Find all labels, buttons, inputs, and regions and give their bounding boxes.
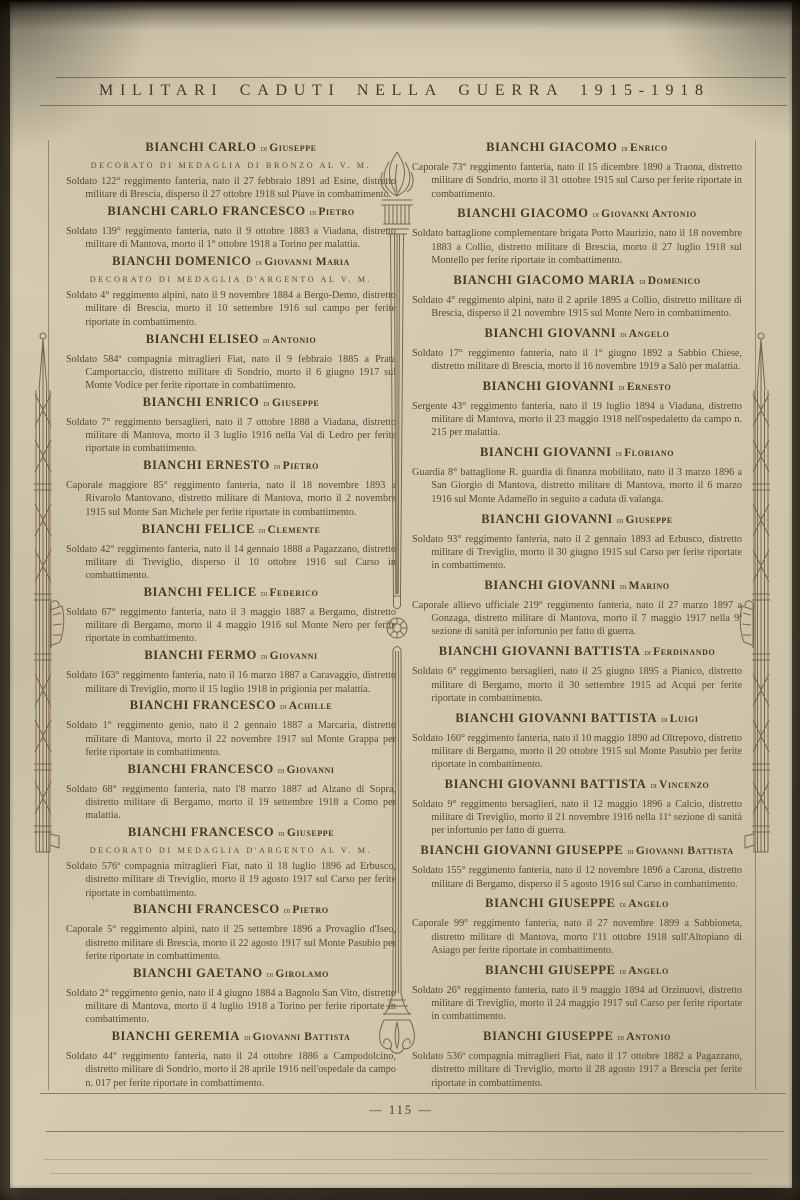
entry-header: BIANCHI GIOVANNI di Giuseppe (412, 510, 742, 528)
di-label: di (645, 647, 654, 657)
paper-sheet: MILITARI CADUTI NELLA GUERRA 1915-1918 B… (10, 2, 792, 1188)
soldier-entry: BIANCHI GIOVANNI di Giuseppe Soldato 93°… (412, 510, 742, 573)
entry-header: BIANCHI FRANCESCO di Giuseppe (66, 823, 396, 841)
footer-rule-top (40, 1093, 786, 1094)
column-right: BIANCHI GIACOMO di Enrico Caporale 73° r… (412, 138, 742, 1090)
soldier-name: BIANCHI GIOVANNI (480, 445, 612, 459)
entry-text: Soldato 576ª compagnia mitraglieri Fiat,… (66, 860, 396, 900)
column-left: BIANCHI CARLO di Giuseppe DECORATO DI ME… (66, 138, 396, 1090)
page-stack-edge (50, 1173, 752, 1174)
soldier-entry: BIANCHI FRANCESCO di Giovanni Soldato 68… (66, 760, 396, 823)
entry-header: BIANCHI FERMO di Giovanni (66, 646, 396, 664)
father-name: Giuseppe (625, 514, 672, 526)
soldier-entry: BIANCHI GIOVANNI di Marino Caporale alli… (412, 576, 742, 639)
entry-text: Soldato 4° reggimento alpini, nato il 9 … (66, 289, 396, 329)
entry-text: Guardia 8° battaglione R. guardia di fin… (412, 466, 742, 506)
di-label: di (274, 461, 283, 471)
entry-text: Soldato 42° reggimento fanteria, nato il… (66, 543, 396, 583)
entry-header: BIANCHI GIOVANNI BATTISTA di Vincenzo (412, 775, 742, 793)
entry-text: Soldato battaglione complementare brigat… (412, 227, 742, 267)
fasces-icon (20, 328, 66, 864)
father-name: Federico (269, 587, 318, 599)
entry-text: Soldato 155° reggimento fanteria, nato i… (412, 864, 742, 891)
father-name: Giovanni Antonio (601, 208, 697, 220)
soldier-entry: BIANCHI ERNESTO di Pietro Caporale maggi… (66, 456, 396, 519)
father-name: Enrico (630, 142, 668, 154)
soldier-name: BIANCHI GIOVANNI GIUSEPPE (420, 843, 623, 857)
father-name: Giuseppe (272, 397, 319, 409)
father-name: Ferdinando (653, 646, 715, 658)
soldier-name: BIANCHI GIUSEPPE (483, 1029, 614, 1043)
entry-header: BIANCHI GIOVANNI di Ernesto (412, 377, 742, 395)
soldier-name: BIANCHI GIUSEPPE (485, 896, 616, 910)
soldier-entry: BIANCHI GIOVANNI BATTISTA di Vincenzo So… (412, 775, 742, 838)
entry-header: BIANCHI GIOVANNI di Floriano (412, 443, 742, 461)
soldier-entry: BIANCHI GIUSEPPE di Angelo Soldato 26° r… (412, 961, 742, 1024)
di-label: di (261, 143, 270, 153)
father-name: Domenico (648, 275, 701, 287)
soldier-name: BIANCHI FRANCESCO (128, 825, 274, 839)
entry-text: Soldato 17° reggimento fanteria, nato il… (412, 347, 742, 374)
soldier-entry: BIANCHI FRANCESCO di Pietro Caporale 5° … (66, 900, 396, 963)
soldier-name: BIANCHI ELISEO (146, 332, 259, 346)
entry-header: BIANCHI FRANCESCO di Giovanni (66, 760, 396, 778)
di-label: di (616, 448, 625, 458)
entry-text: Soldato 536ª compagnia mitraglieri Fiat,… (412, 1050, 742, 1090)
soldier-name: BIANCHI GIOVANNI BATTISTA (439, 644, 641, 658)
soldier-entry: BIANCHI GEREMIA di Giovanni Battista Sol… (66, 1027, 396, 1090)
entry-text: Soldato 139° reggimento fanteria, nato i… (66, 225, 396, 252)
entry-header: BIANCHI DOMENICO di Giovanni Maria (66, 252, 396, 270)
soldier-name: BIANCHI GIOVANNI BATTISTA (455, 711, 657, 725)
father-name: Angelo (628, 965, 669, 977)
soldier-name: BIANCHI FRANCESCO (130, 698, 276, 712)
entry-header: BIANCHI GIOVANNI BATTISTA di Ferdinando (412, 642, 742, 660)
footer-rule-bottom (46, 1131, 784, 1132)
soldier-entry: BIANCHI GIOVANNI BATTISTA di Ferdinando … (412, 642, 742, 705)
entry-header: BIANCHI ENRICO di Giuseppe (66, 393, 396, 411)
soldier-name: BIANCHI GIOVANNI BATTISTA (445, 777, 647, 791)
soldier-name: BIANCHI ENRICO (143, 395, 260, 409)
soldier-name: BIANCHI DOMENICO (112, 254, 252, 268)
soldier-entry: BIANCHI GIOVANNI di Angelo Soldato 17° r… (412, 324, 742, 374)
entry-header: BIANCHI FRANCESCO di Achille (66, 696, 396, 714)
fasces-right-ornament (738, 328, 784, 864)
soldier-name: BIANCHI GIACOMO (486, 140, 617, 154)
decoration-line: DECORATO DI MEDAGLIA DI BRONZO AL V. M. (66, 161, 396, 170)
soldier-name: BIANCHI GIOVANNI (484, 578, 616, 592)
entry-header: BIANCHI GIUSEPPE di Angelo (412, 894, 742, 912)
entry-header: BIANCHI CARLO FRANCESCO di Pietro (66, 202, 396, 220)
soldier-entry: BIANCHI CARLO di Giuseppe DECORATO DI ME… (66, 138, 396, 202)
soldier-name: BIANCHI GEREMIA (112, 1029, 241, 1043)
soldier-name: BIANCHI CARLO FRANCESCO (107, 204, 305, 218)
entry-header: BIANCHI GIACOMO di Giovanni Antonio (412, 204, 742, 222)
entry-header: BIANCHI GEREMIA di Giovanni Battista (66, 1027, 396, 1045)
di-label: di (627, 846, 636, 856)
entry-text: Soldato 44° reggimento fanteria, nato il… (66, 1050, 396, 1090)
soldier-entry: BIANCHI GIACOMO di Enrico Caporale 73° r… (412, 138, 742, 201)
soldier-name: BIANCHI FRANCESCO (133, 902, 279, 916)
entry-text: Soldato 4° reggimento alpini, nato il 2 … (412, 294, 742, 321)
page-title: MILITARI CADUTI NELLA GUERRA 1915-1918 (10, 82, 792, 100)
entry-text: Sergente 43° reggimento fanteria, nato i… (412, 400, 742, 440)
entry-text: Soldato 9° reggimento bersaglieri, nato … (412, 798, 742, 838)
di-label: di (639, 276, 648, 286)
di-label: di (263, 398, 272, 408)
soldier-entry: BIANCHI FELICE di Clemente Soldato 42° r… (66, 520, 396, 583)
entry-text: Soldato 26° reggimento fanteria, nato il… (412, 984, 742, 1024)
soldier-entry: BIANCHI FELICE di Federico Soldato 67° r… (66, 583, 396, 646)
decoration-line: DECORATO DI MEDAGLIA D'ARGENTO AL V. M. (66, 275, 396, 284)
entry-text: Soldato 2° reggimento genio, nato il 4 g… (66, 987, 396, 1027)
entry-header: BIANCHI GIACOMO MARIA di Domenico (412, 271, 742, 289)
soldier-entry: BIANCHI DOMENICO di Giovanni Maria DECOR… (66, 252, 396, 329)
entry-text: Caporale allievo ufficiale 219° reggimen… (412, 599, 742, 639)
di-label: di (244, 1032, 253, 1042)
soldier-entry: BIANCHI GIUSEPPE di Antonio Soldato 536ª… (412, 1027, 742, 1090)
soldier-name: BIANCHI GAETANO (133, 966, 263, 980)
father-name: Clemente (267, 524, 320, 536)
soldier-name: BIANCHI CARLO (145, 140, 256, 154)
entry-header: BIANCHI GIOVANNI di Angelo (412, 324, 742, 342)
entry-header: BIANCHI ELISEO di Antonio (66, 330, 396, 348)
soldier-entry: BIANCHI GIOVANNI di Ernesto Sergente 43°… (412, 377, 742, 440)
father-name: Pietro (318, 206, 354, 218)
left-frame-rule (48, 140, 49, 1090)
entry-header: BIANCHI GIOVANNI GIUSEPPE di Giovanni Ba… (412, 841, 742, 859)
di-label: di (280, 701, 289, 711)
soldier-entry: BIANCHI FRANCESCO di Achille Soldato 1° … (66, 696, 396, 759)
soldier-entry: BIANCHI GIUSEPPE di Angelo Caporale 99° … (412, 894, 742, 957)
photographed-book-page: MILITARI CADUTI NELLA GUERRA 1915-1918 B… (0, 0, 800, 1200)
father-name: Pietro (292, 904, 328, 916)
entry-text: Soldato 93° reggimento fanteria, nato il… (412, 533, 742, 573)
entry-header: BIANCHI GIACOMO di Enrico (412, 138, 742, 156)
soldier-entry: BIANCHI ENRICO di Giuseppe Soldato 7° re… (66, 393, 396, 456)
father-name: Vincenzo (659, 779, 709, 791)
di-label: di (256, 257, 265, 267)
soldier-name: BIANCHI GIOVANNI (483, 379, 615, 393)
entry-text: Caporale 73° reggimento fanteria, nato i… (412, 161, 742, 201)
father-name: Achille (289, 700, 332, 712)
entry-header: BIANCHI FRANCESCO di Pietro (66, 900, 396, 918)
right-frame-rule (755, 140, 756, 1090)
father-name: Pietro (283, 460, 319, 472)
entry-text: Soldato 1° reggimento genio, nato il 2 g… (66, 719, 396, 759)
father-name: Giuseppe (269, 142, 316, 154)
soldier-name: BIANCHI FELICE (142, 522, 255, 536)
header-rule-top (56, 77, 786, 78)
di-label: di (620, 329, 629, 339)
di-label: di (261, 651, 270, 661)
entry-text: Soldato 7° reggimento bersaglieri, nato … (66, 416, 396, 456)
fasces-left-ornament (20, 328, 66, 864)
decoration-line: DECORATO DI MEDAGLIA D'ARGENTO AL V. M. (66, 846, 396, 855)
father-name: Giovanni (270, 650, 318, 662)
fasces-icon (738, 328, 784, 864)
di-label: di (650, 780, 659, 790)
soldier-name: BIANCHI GIACOMO MARIA (453, 273, 635, 287)
father-name: Antonio (626, 1031, 671, 1043)
entry-header: BIANCHI GAETANO di Girolamo (66, 964, 396, 982)
di-label: di (620, 966, 629, 976)
entry-text: Caporale 99° reggimento fanteria, nato i… (412, 917, 742, 957)
father-name: Giovanni (286, 764, 334, 776)
entry-text: Caporale 5° reggimento alpini, nato il 2… (66, 923, 396, 963)
father-name: Ernesto (627, 381, 671, 393)
father-name: Giovanni Battista (253, 1031, 351, 1043)
entry-text: Soldato 67° reggimento fanteria, nato il… (66, 606, 396, 646)
di-label: di (618, 1032, 627, 1042)
di-label: di (661, 714, 670, 724)
father-name: Giovanni Maria (264, 256, 350, 268)
soldier-entry: BIANCHI GAETANO di Girolamo Soldato 2° r… (66, 964, 396, 1027)
entry-header: BIANCHI CARLO di Giuseppe (66, 138, 396, 156)
entry-text: Soldato 160° reggimento fanteria, nato i… (412, 732, 742, 772)
father-name: Luigi (670, 713, 699, 725)
di-label: di (593, 209, 602, 219)
entry-text: Soldato 122° reggimento fanteria, nato i… (66, 175, 396, 202)
father-name: Giovanni Battista (636, 845, 734, 857)
di-label: di (618, 382, 627, 392)
soldier-entry: BIANCHI GIOVANNI BATTISTA di Luigi Solda… (412, 709, 742, 772)
father-name: Giuseppe (287, 827, 334, 839)
entry-text: Soldato 584ª compagnia mitraglieri Fiat,… (66, 353, 396, 393)
soldier-entry: BIANCHI GIOVANNI di Floriano Guardia 8° … (412, 443, 742, 506)
father-name: Marino (629, 580, 670, 592)
entry-text: Soldato 6° reggimento bersaglieri, nato … (412, 665, 742, 705)
soldier-name: BIANCHI GIACOMO (457, 206, 588, 220)
entry-header: BIANCHI GIUSEPPE di Angelo (412, 961, 742, 979)
di-label: di (620, 899, 629, 909)
entry-header: BIANCHI GIOVANNI BATTISTA di Luigi (412, 709, 742, 727)
soldier-name: BIANCHI GIOVANNI (485, 326, 617, 340)
father-name: Antonio (272, 334, 317, 346)
father-name: Girolamo (275, 968, 329, 980)
entry-text: Soldato 68° reggimento fanteria, nato l'… (66, 783, 396, 823)
di-label: di (263, 335, 272, 345)
entry-header: BIANCHI GIOVANNI di Marino (412, 576, 742, 594)
father-name: Angelo (629, 328, 670, 340)
entry-header: BIANCHI ERNESTO di Pietro (66, 456, 396, 474)
soldier-name: BIANCHI FELICE (144, 585, 257, 599)
di-label: di (620, 581, 629, 591)
entry-text: Caporale maggiore 85° reggimento fanteri… (66, 479, 396, 519)
soldier-entry: BIANCHI ELISEO di Antonio Soldato 584ª c… (66, 330, 396, 393)
di-label: di (621, 143, 630, 153)
soldier-entry: BIANCHI GIACOMO di Giovanni Antonio Sold… (412, 204, 742, 267)
entry-header: BIANCHI FELICE di Federico (66, 583, 396, 601)
soldier-name: BIANCHI FERMO (144, 648, 257, 662)
di-label: di (278, 828, 287, 838)
soldier-name: BIANCHI FRANCESCO (127, 762, 273, 776)
soldier-name: BIANCHI ERNESTO (143, 458, 270, 472)
father-name: Floriano (624, 447, 674, 459)
soldier-entry: BIANCHI GIACOMO MARIA di Domenico Soldat… (412, 271, 742, 321)
entry-header: BIANCHI FELICE di Clemente (66, 520, 396, 538)
soldier-entry: BIANCHI GIOVANNI GIUSEPPE di Giovanni Ba… (412, 841, 742, 891)
page-number: — 115 — (10, 1103, 792, 1118)
entry-text: Soldato 163° reggimento fanteria, nato i… (66, 669, 396, 696)
soldier-name: BIANCHI GIOVANNI (481, 512, 613, 526)
soldier-name: BIANCHI GIUSEPPE (485, 963, 616, 977)
header-rule-bottom (40, 105, 787, 106)
entry-header: BIANCHI GIUSEPPE di Antonio (412, 1027, 742, 1045)
soldier-entry: BIANCHI CARLO FRANCESCO di Pietro Soldat… (66, 202, 396, 252)
father-name: Angelo (628, 898, 669, 910)
page-stack-edge (44, 1159, 768, 1160)
soldier-entry: BIANCHI FERMO di Giovanni Soldato 163° r… (66, 646, 396, 696)
entries-area: BIANCHI CARLO di Giuseppe DECORATO DI ME… (66, 138, 742, 1090)
soldier-entry: BIANCHI FRANCESCO di Giuseppe DECORATO D… (66, 823, 396, 900)
